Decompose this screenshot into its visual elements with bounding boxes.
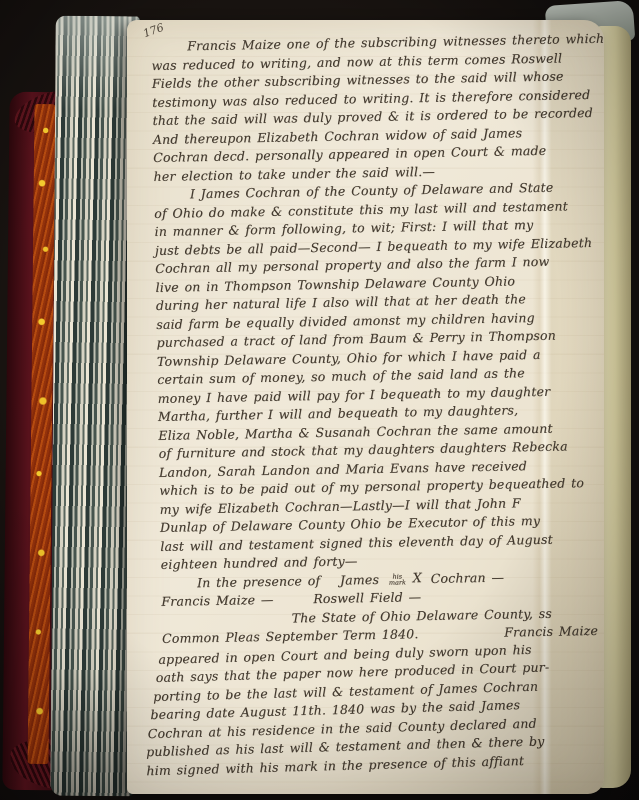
mark-word-bottom: mark: [389, 579, 406, 585]
photo-of-record-book: 176 Francis Maize one of the subscribing…: [0, 0, 639, 800]
court-term: Common Pleas September Term 1840.: [162, 626, 419, 646]
witness-signature-2: Roswell Field —: [313, 589, 421, 606]
manuscript-text: Francis Maize one of the subscribing wit…: [151, 30, 603, 778]
presence-label: In the presence of: [197, 572, 321, 589]
his-mark-words: his mark: [389, 573, 406, 585]
testator-signature: James his mark X Cochran —: [340, 569, 504, 587]
signer-given-name: James: [340, 571, 379, 587]
deponent-name: Francis Maize: [504, 623, 598, 640]
manuscript-page: 176 Francis Maize one of the subscribing…: [127, 20, 604, 794]
witness-signature-1: Francis Maize —: [161, 592, 274, 609]
signature-x-mark: X: [412, 571, 422, 586]
signer-surname: Cochran —: [431, 569, 505, 585]
